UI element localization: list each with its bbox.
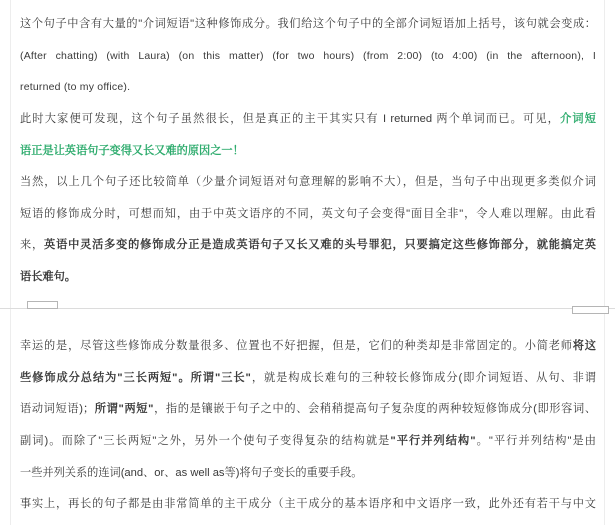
text-segment: 此时大家便可发现，这个句子虽然很长，但是真正的主干其实只有 I returned…: [20, 113, 560, 125]
text-line: 副词)。而除了"三长两短"之外，另外一个使句子变得复杂的结构就是"平行并列结构"…: [20, 426, 596, 458]
page-break-right-mark: [572, 306, 609, 314]
text-line: 语动词短语)；所谓"两短"，指的是镶嵌于句子之中的、会稍稍提高句子复杂度的两种较…: [20, 394, 596, 426]
text-line: 幸运的是，尽管这些修饰成分数量很多、位置也不好把握，但是，它们的种类却是非常固定…: [20, 331, 596, 363]
page2-text-block: 幸运的是，尽管这些修饰成分数量很多、位置也不好把握，但是，它们的种类却是非常固定…: [20, 331, 596, 521]
page-break: [0, 300, 615, 318]
text-line: 一些并列关系的连词(and、or、as well as等)将句子变长的重要手段。: [20, 458, 596, 490]
text-line: 此时大家便可发现，这个句子虽然很长，但是真正的主干其实只有 I returned…: [20, 104, 596, 136]
text-line: 这个句子中含有大量的"介词短语"这种修饰成分。我们给这个句子中的全部介词短语加上…: [20, 9, 596, 41]
text-segment: 介词短: [560, 113, 596, 125]
page-right-boundary: [604, 0, 605, 525]
text-segment: 一些并列关系的连词(and、or、as well as等)将句子变长的重要手段。: [20, 467, 363, 479]
text-line: 语长难句。: [20, 262, 596, 294]
text-line: 语正是让英语句子变得又长又难的原因之一！: [20, 136, 596, 168]
text-segment: 幸运的是，尽管这些修饰成分数量很多、位置也不好把握，但是，它们的种类却是非常固定…: [20, 340, 573, 352]
text-line: 些修饰成分总结为"三长两短"。所谓"三长"，就是构成长难句的三种较长修饰成分(即…: [20, 363, 596, 395]
text-segment: ，就是构成长难句的三种较长修饰成分(即介词短语、从句、非谓: [251, 372, 596, 384]
text-segment: 英语中灵活多变的修饰成分正是造成英语句子又长又难的头号罪犯，只要搞定这些修饰部分…: [44, 239, 596, 251]
text-segment: (After chatting) (with Laura) (on this m…: [20, 50, 596, 62]
text-segment: ，指的是镶嵌于句子之中的、会稍稍提高句子复杂度的两种较短修饰成分(即形容词、: [153, 403, 596, 415]
text-segment: 这个句子中含有大量的"介词短语"这种修饰成分。我们给这个句子中的全部介词短语加上…: [20, 18, 596, 30]
text-segment: 语正是让英语句子变得又长又难的原因之一！: [20, 145, 244, 157]
text-line: 当然，以上几个句子还比较简单（少量介词短语对句意理解的影响不大），但是，当句子中…: [20, 167, 596, 199]
text-segment: 当然，以上几个句子还比较简单（少量介词短语对句意理解的影响不大），但是，当句子中…: [20, 176, 596, 188]
text-segment: 来，: [20, 239, 44, 251]
text-line: 来，英语中灵活多变的修饰成分正是造成英语句子又长又难的头号罪犯，只要搞定这些修饰…: [20, 230, 596, 262]
page-break-line: [0, 308, 615, 309]
text-segment: "平行并列结构": [390, 435, 475, 447]
text-line: returned (to my office).: [20, 72, 596, 104]
text-segment: 短语的修饰成分时，可想而知，由于中英文语序的不同，英文句子会变得"面目全非"，令…: [20, 208, 596, 220]
text-line: 事实上，再长的句子都是由非常简单的主干成分（主干成分的基本语序和中文语序一致，此…: [20, 489, 596, 521]
document-page[interactable]: 这个句子中含有大量的"介词短语"这种修饰成分。我们给这个句子中的全部介词短语加上…: [0, 0, 615, 525]
text-segment: 语长难句。: [20, 271, 76, 283]
text-segment: 事实上，再长的句子都是由非常简单的主干成分（主干成分的基本语序和中文语序一致，此…: [20, 498, 596, 510]
text-segment: 语动词短语)；: [20, 403, 94, 415]
text-segment: 所谓"两短": [94, 403, 153, 415]
text-segment: returned (to my office).: [20, 81, 130, 93]
page-left-boundary: [10, 0, 11, 525]
text-segment: 将这: [573, 340, 596, 352]
text-segment: 。"平行并列结构"是由: [476, 435, 596, 447]
text-line: 短语的修饰成分时，可想而知，由于中英文语序的不同，英文句子会变得"面目全非"，令…: [20, 199, 596, 231]
page1-text-block: 这个句子中含有大量的"介词短语"这种修饰成分。我们给这个句子中的全部介词短语加上…: [20, 9, 596, 294]
page-break-left-mark: [27, 301, 58, 309]
text-line: (After chatting) (with Laura) (on this m…: [20, 41, 596, 73]
text-segment: 副词)。而除了"三长两短"之外，另外一个使句子变得复杂的结构就是: [20, 435, 390, 447]
text-segment: 些修饰成分总结为"三长两短"。所谓"三长": [20, 372, 251, 384]
